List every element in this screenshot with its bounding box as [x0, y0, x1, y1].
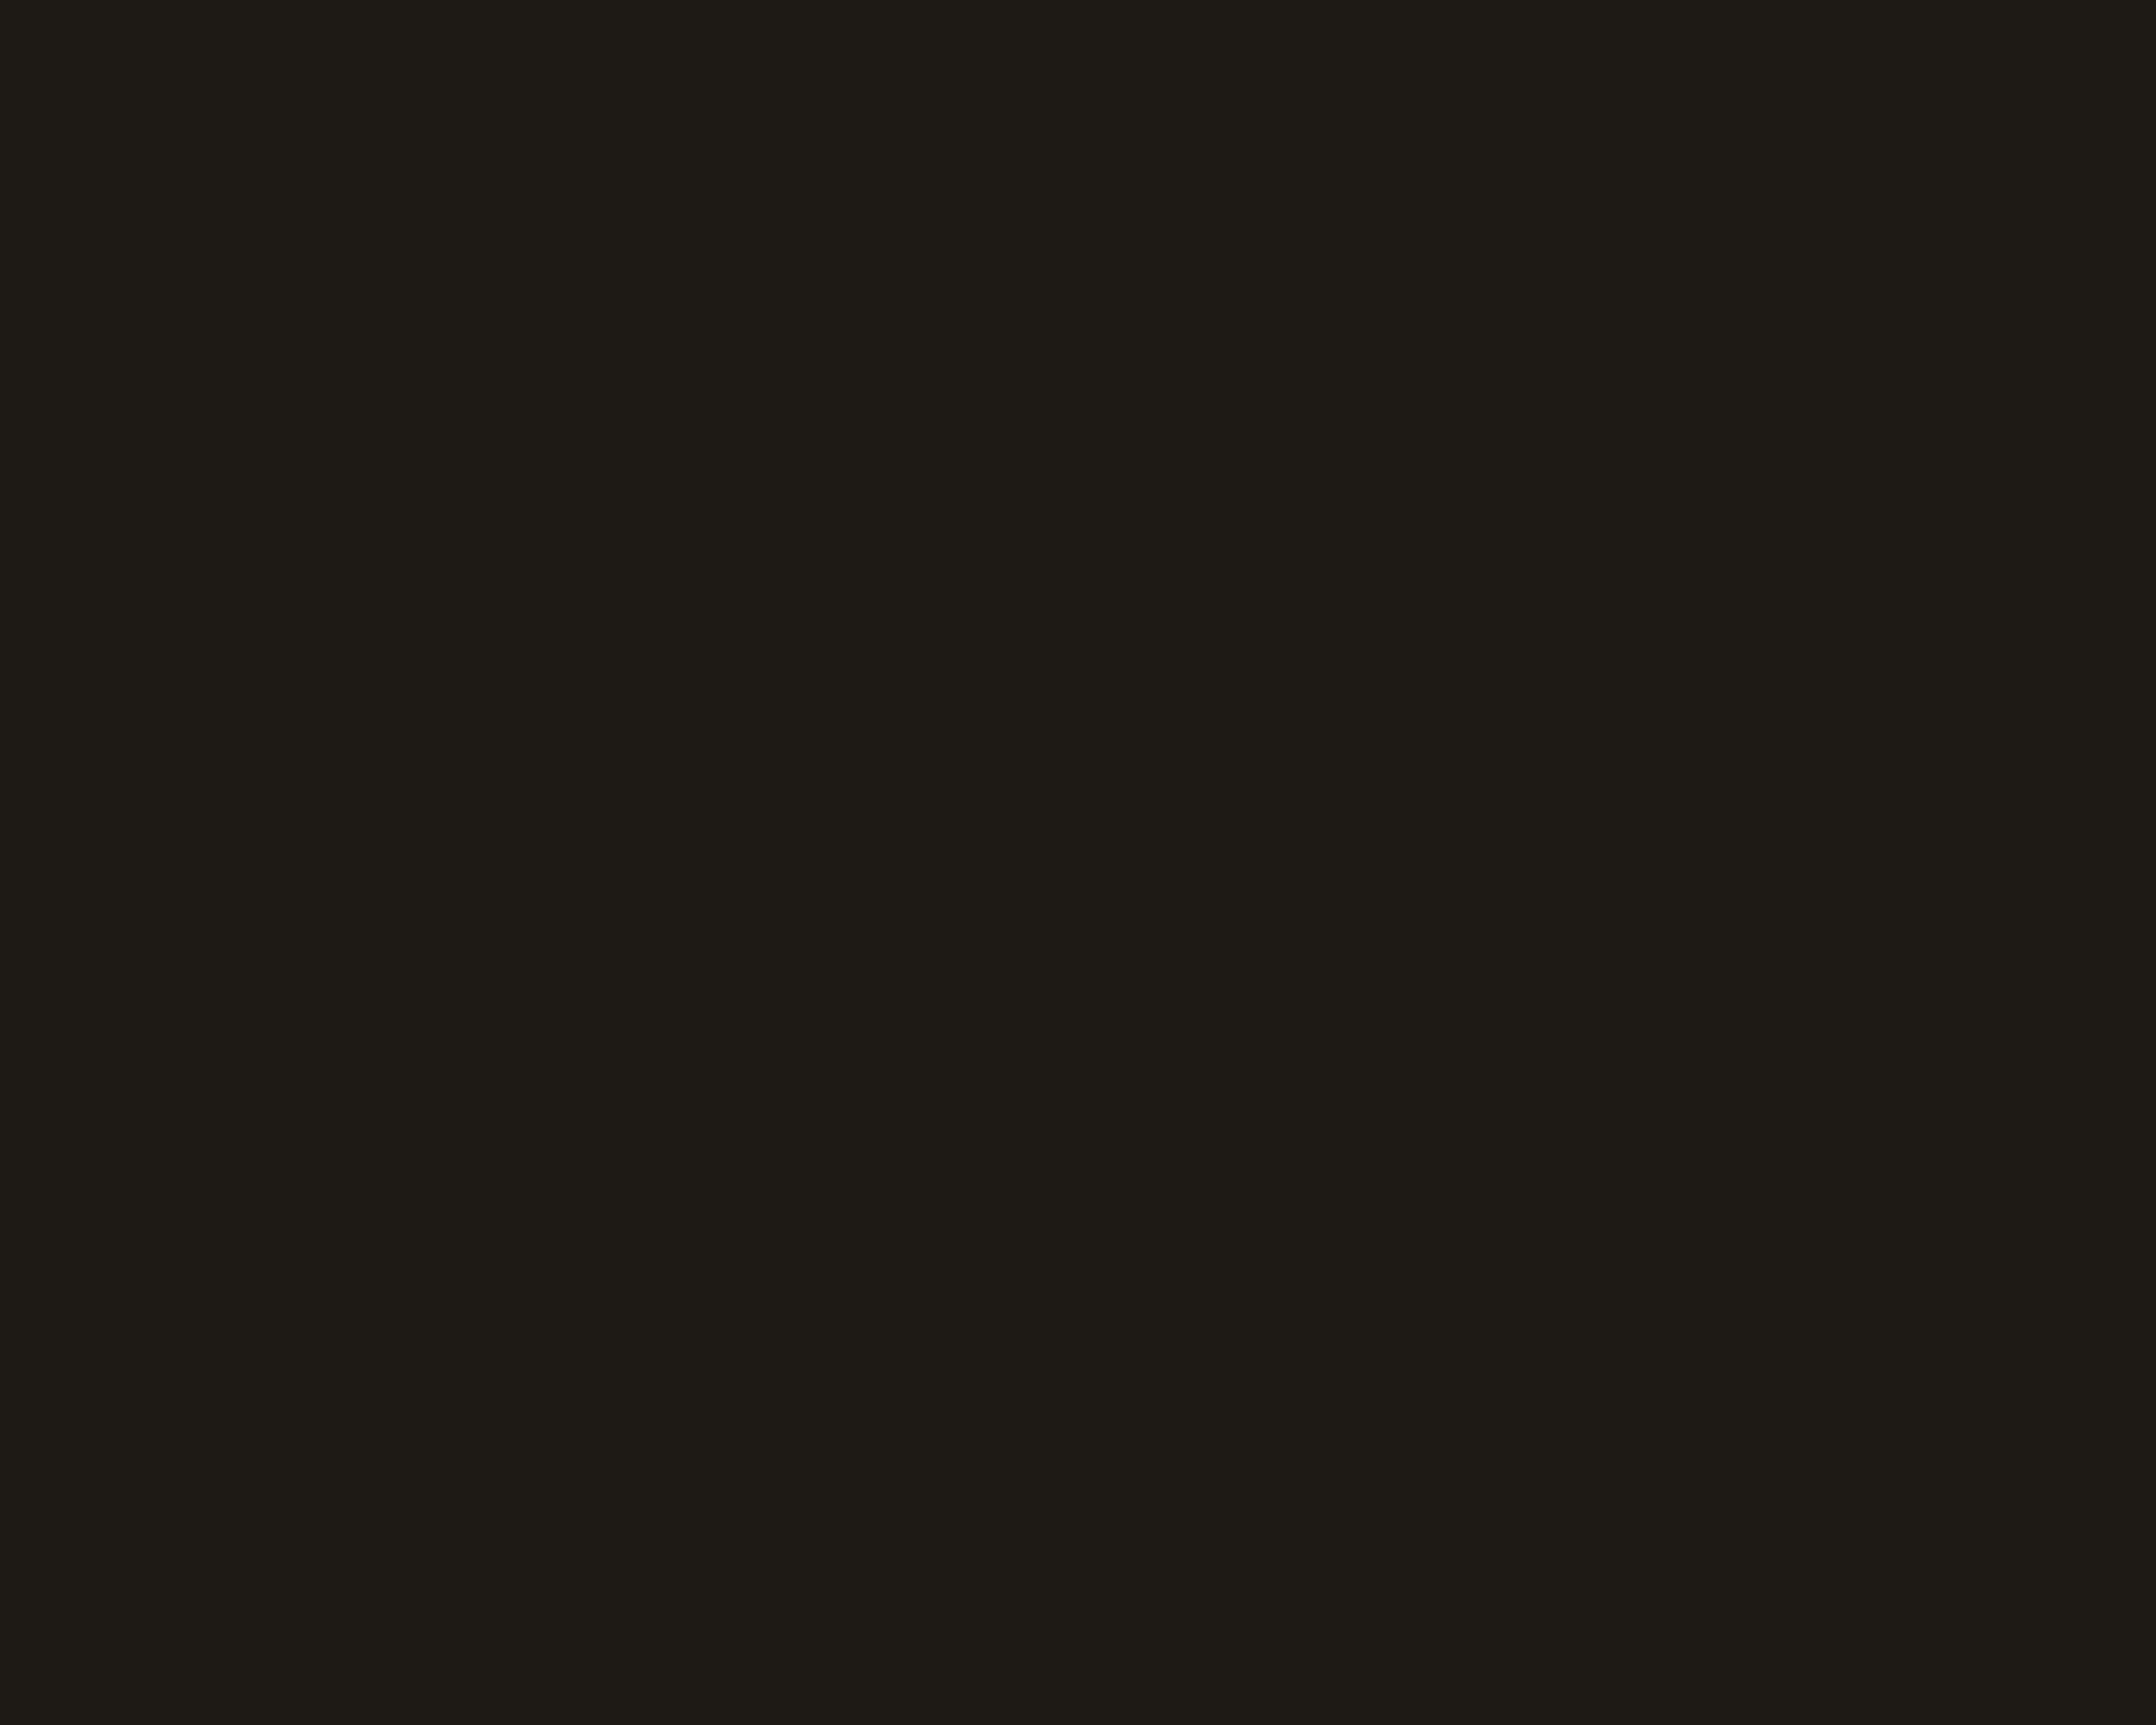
manuscript-photograph — [755, 0, 1401, 431]
manuscript-photo-svg — [755, 0, 1401, 431]
